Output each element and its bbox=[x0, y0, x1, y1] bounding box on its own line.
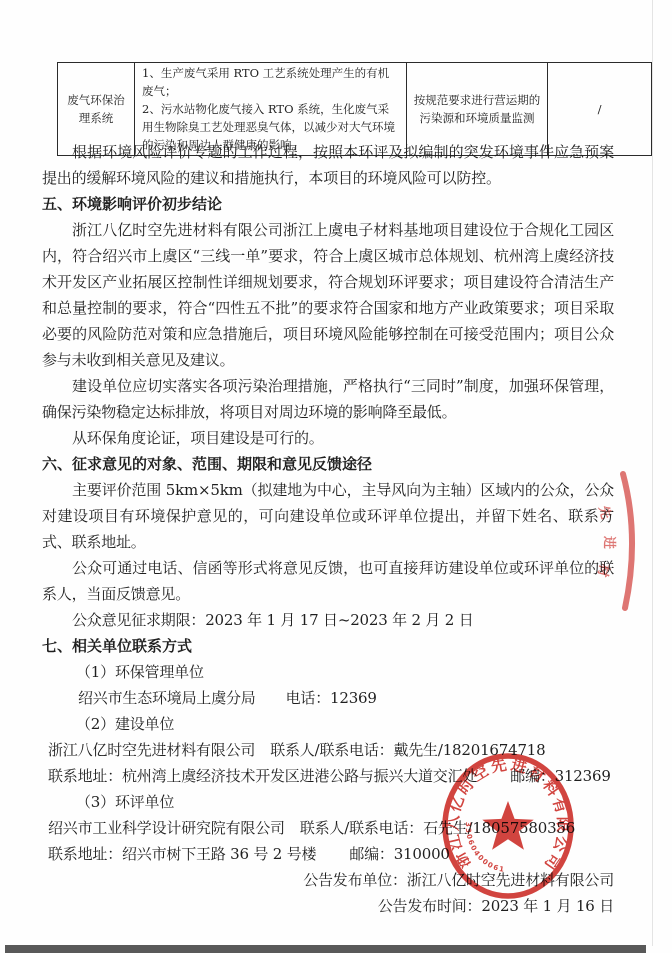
paragraph-5-1: 浙江八亿时空先进材料有限公司浙江上虞电子材料基地项目建设位于合规化工园区内，符合… bbox=[42, 217, 614, 373]
eia-name: 绍兴市工业科学设计研究院有限公司 bbox=[48, 819, 285, 837]
paragraph-consult-period: 公众意见征求期限：2023 年 1 月 17 日~2023 年 2 月 2 日 bbox=[42, 607, 614, 633]
epa-name: 绍兴市生态环境局上虞分局 bbox=[78, 689, 256, 707]
contact-epa-line: 绍兴市生态环境局上虞分局电话：12369 bbox=[42, 685, 614, 711]
heading-section-5: 五、环境影响评价初步结论 bbox=[42, 191, 614, 217]
page-edge-line bbox=[652, 0, 653, 946]
paragraph-risk: 根据环境风险评价专题的工作过程，按照本环评及拟编制的突发环境事件应急预案提出的缓… bbox=[42, 139, 614, 191]
paragraph-5-2: 建设单位应切实落实各项污染治理措施，严格执行“三同时”制度，加强环保管理，确保污… bbox=[42, 373, 614, 425]
document-page: 废气环保治理系统 1、生产废气采用 RTO 工艺系统处理产生的有机废气； 2、污… bbox=[0, 0, 672, 953]
contact-epa-title: （1）环保管理单位 bbox=[42, 659, 614, 685]
epa-phone: 电话：12369 bbox=[286, 689, 377, 707]
partial-seal: 先 进 材 bbox=[592, 466, 650, 616]
builder-address: 联系地址：杭州湾上虞经济技术开发区进港公路与振兴大道交汇处 bbox=[48, 767, 477, 785]
heading-section-7: 七、相关单位联系方式 bbox=[42, 633, 614, 659]
paragraph-6-2: 公众可通过电话、信函等形式将意见反馈，也可直接拜访建设单位或环评单位的联系人，当… bbox=[42, 555, 614, 607]
paragraph-6-1: 主要评价范围 5km×5km（拟建地为中心，主导风向为主轴）区域内的公众，公众对… bbox=[42, 477, 614, 555]
scan-bottom-strip bbox=[5, 945, 646, 953]
eia-address: 联系地址：绍兴市树下王路 36 号 2 号楼 bbox=[48, 845, 316, 863]
seal-star-icon bbox=[482, 801, 533, 850]
partial-seal-char-2: 进 bbox=[601, 536, 617, 549]
contact-builder-title: （2）建设单位 bbox=[42, 711, 614, 737]
partial-seal-arc bbox=[623, 474, 632, 608]
builder-name: 浙江八亿时空先进材料有限公司 bbox=[48, 741, 255, 759]
partial-seal-char-3: 材 bbox=[594, 562, 613, 579]
partial-seal-char-1: 先 bbox=[595, 504, 614, 521]
heading-section-6: 六、征求意见的对象、范围、期限和意见反馈途径 bbox=[42, 451, 614, 477]
paragraph-5-3: 从环保角度论证，项目建设是可行的。 bbox=[42, 425, 614, 451]
company-seal: 浙江八亿时空先进材料有限公司 330604000618 bbox=[428, 740, 588, 912]
measure-line-1: 1、生产废气采用 RTO 工艺系统处理产生的有机废气； bbox=[142, 64, 399, 100]
